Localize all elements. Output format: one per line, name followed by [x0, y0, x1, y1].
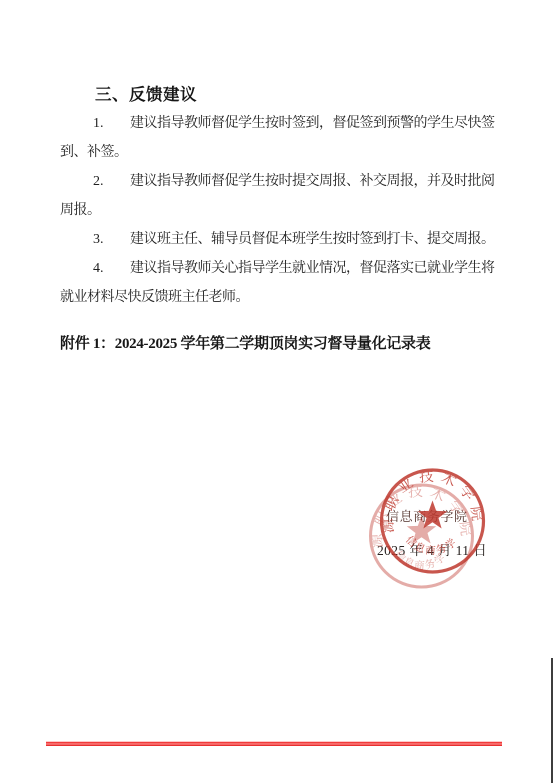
feedback-item-4-line-1: 4.建议指导教师关心指导学生就业情况，督促落实已就业学生将 [93, 259, 495, 279]
footer-red-line [46, 741, 502, 746]
official-seal-stamp: 源职业技术学院 信息商务学院 源职业技术学院 信息商务学院 [364, 450, 506, 595]
item-1-number: 1. [93, 114, 130, 134]
item-2-number: 2. [93, 172, 130, 192]
feedback-item-4-line-2: 就业材料尽快反馈班主任老师。 [60, 288, 249, 308]
item-3-text: 建议班主任、辅导员督促本班学生按时签到打卡、提交周报。 [130, 232, 495, 247]
item-4-number: 4. [93, 259, 130, 279]
item-3-number: 3. [93, 230, 130, 250]
page-edge-scan-mark [551, 658, 553, 783]
attachment-line: 附件 1：2024-2025 学年第二学期顶岗实习督导量化记录表 [60, 334, 430, 354]
feedback-item-1-line-2: 到、补签。 [60, 143, 128, 163]
feedback-item-2-line-2: 周报。 [60, 201, 101, 221]
item-4-text: 建议指导教师关心指导学生就业情况，督促落实已就业学生将 [130, 261, 495, 276]
feedback-item-3-line-1: 3.建议班主任、辅导员督促本班学生按时签到打卡、提交周报。 [93, 230, 495, 250]
feedback-item-1-line-1: 1.建议指导教师督促学生按时签到，督促签到预警的学生尽快签 [93, 114, 495, 134]
feedback-item-2-line-1: 2.建议指导教师督促学生按时提交周报、补交周报，并及时批阅 [93, 172, 495, 192]
item-1-text: 建议指导教师督促学生按时签到，督促签到预警的学生尽快签 [130, 116, 495, 131]
section-heading: 三、反馈建议 [95, 85, 197, 105]
item-2-text: 建议指导教师督促学生按时提交周报、补交周报，并及时批阅 [130, 174, 495, 189]
document-page: 三、反馈建议 1.建议指导教师督促学生按时签到，督促签到预警的学生尽快签 到、补… [0, 0, 554, 783]
